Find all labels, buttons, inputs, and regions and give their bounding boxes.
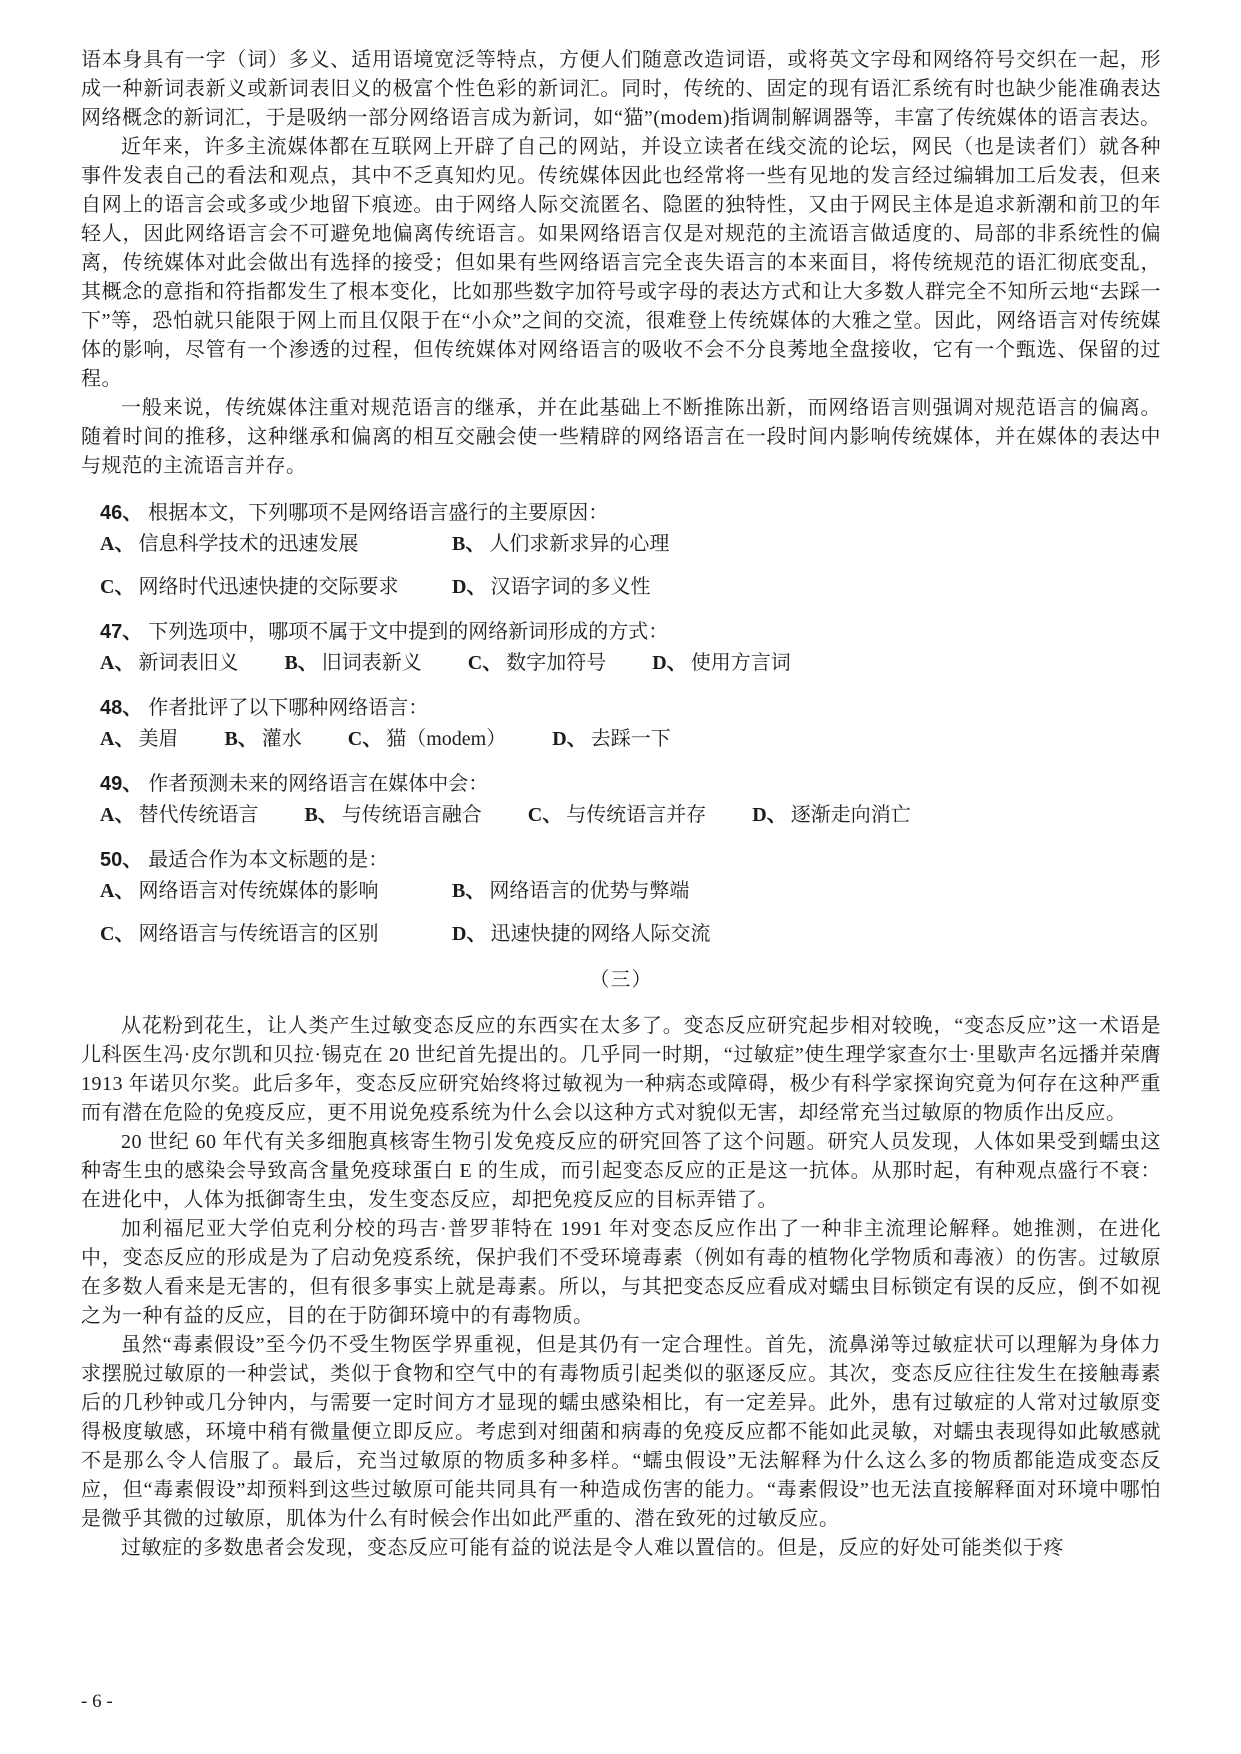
option-text: 旧词表新义 [322, 652, 422, 674]
option-label: A、 [100, 804, 134, 826]
option-label: D、 [552, 728, 586, 750]
passage-network-language: 语本身具有一字（词）多义、适用语境宽泛等特点，方便人们随意改造词语，或将英文字母… [81, 46, 1161, 481]
option-label: B、 [452, 880, 485, 902]
question-stem-text: 最适合作为本文标题的是： [148, 849, 388, 871]
option-label: C、 [528, 804, 562, 826]
document-page: 语本身具有一字（词）多义、适用语境宽泛等特点，方便人们随意改造词语，或将英文字母… [0, 0, 1241, 1754]
option-text: 信息科学技术的迅速发展 [138, 533, 358, 555]
option-label: A、 [100, 533, 134, 555]
passage-paragraph: 过敏症的多数患者会发现，变态反应可能有益的说法是令人难以置信的。但是，反应的好处… [81, 1534, 1161, 1563]
passage-paragraph: 近年来，许多主流媒体都在互联网上开辟了自己的网站，并设立读者在线交流的论坛，网民… [81, 133, 1161, 394]
question-stem: 48、作者批评了以下哪种网络语言： [100, 694, 1161, 723]
passage-paragraph: 一般来说，传统媒体注重对规范语言的继承，并在此基础上不断推陈出新，而网络语言则强… [81, 394, 1161, 481]
passage-paragraph: 虽然“毒素假设”至今仍不受生物医学界重视，但是其仍有一定合理性。首先，流鼻涕等过… [81, 1331, 1161, 1534]
question-stem-text: 根据本文，下列哪项不是网络语言盛行的主要原因： [148, 502, 608, 524]
option-b: B、网络语言的优势与弊端 [452, 877, 689, 906]
option-a: A、信息科学技术的迅速发展 [100, 530, 452, 559]
option-d: D、汉语字词的多义性 [452, 573, 650, 602]
options-row: A、网络语言对传统媒体的影响 B、网络语言的优势与弊端 [100, 877, 1161, 906]
option-b: B、与传统语言融合 [304, 801, 481, 830]
question-number: 49、 [100, 773, 142, 795]
option-c: C、网络时代迅速快捷的交际要求 [100, 573, 452, 602]
question-50: 50、最适合作为本文标题的是： A、网络语言对传统媒体的影响 B、网络语言的优势… [100, 846, 1161, 949]
option-d: D、迅速快捷的网络人际交流 [452, 920, 710, 949]
option-a: A、网络语言对传统媒体的影响 [100, 877, 452, 906]
question-number: 48、 [100, 697, 142, 719]
passage-paragraph: 从花粉到花生，让人类产生过敏变态反应的东西实在太多了。变态反应研究起步相对较晚，… [81, 1012, 1161, 1128]
option-text: 与传统语言融合 [342, 804, 482, 826]
options-row: A、美眉 B、灌水 C、猫（modem） D、去踩一下 [100, 725, 1161, 754]
option-label: A、 [100, 728, 134, 750]
passage-paragraph: 加利福尼亚大学伯克利分校的玛吉·普罗菲特在 1991 年对变态反应作出了一种非主… [81, 1215, 1161, 1331]
option-a: A、新词表旧义 [100, 649, 238, 678]
option-text: 美眉 [138, 728, 178, 750]
passage-paragraph: 20 世纪 60 年代有关多细胞真核寄生物引发免疫反应的研究回答了这个问题。研究… [81, 1128, 1161, 1215]
passage-allergy: 从花粉到花生，让人类产生过敏变态反应的东西实在太多了。变态反应研究起步相对较晚，… [81, 1012, 1161, 1563]
option-c: C、数字加符号 [468, 649, 606, 678]
question-number: 47、 [100, 621, 142, 643]
option-c: C、与传统语言并存 [528, 801, 706, 830]
option-text: 使用方言词 [691, 652, 791, 674]
option-label: C、 [468, 652, 502, 674]
option-label: A、 [100, 652, 134, 674]
option-b: B、灌水 [224, 725, 301, 754]
option-a: A、替代传统语言 [100, 801, 258, 830]
question-stem-text: 下列选项中，哪项不属于文中提到的网络新词形成的方式： [148, 621, 668, 643]
question-48: 48、作者批评了以下哪种网络语言： A、美眉 B、灌水 C、猫（modem） D… [100, 694, 1161, 754]
section-three-heading: （三） [81, 966, 1161, 995]
question-49: 49、作者预测未来的网络语言在媒体中会： A、替代传统语言 B、与传统语言融合 … [100, 770, 1161, 830]
question-47: 47、下列选项中，哪项不属于文中提到的网络新词形成的方式： A、新词表旧义 B、… [100, 618, 1161, 678]
option-text: 网络时代迅速快捷的交际要求 [138, 576, 398, 598]
option-label: C、 [100, 576, 134, 598]
options-row: C、网络语言与传统语言的区别 D、迅速快捷的网络人际交流 [100, 920, 1161, 949]
options-row: C、网络时代迅速快捷的交际要求 D、汉语字词的多义性 [100, 573, 1161, 602]
option-text: 网络语言对传统媒体的影响 [138, 880, 378, 902]
option-text: 灌水 [262, 728, 302, 750]
question-46: 46、根据本文，下列哪项不是网络语言盛行的主要原因： A、信息科学技术的迅速发展… [100, 499, 1161, 602]
option-c: C、猫（modem） [348, 725, 506, 754]
option-label: B、 [224, 728, 257, 750]
option-text: 猫（modem） [386, 728, 506, 750]
page-number: - 6 - [81, 1687, 113, 1716]
passage-paragraph: 语本身具有一字（词）多义、适用语境宽泛等特点，方便人们随意改造词语，或将英文字母… [81, 46, 1161, 133]
option-text: 迅速快捷的网络人际交流 [490, 923, 710, 945]
option-d: D、逐渐走向消亡 [752, 801, 910, 830]
option-label: B、 [284, 652, 317, 674]
question-stem-text: 作者批评了以下哪种网络语言： [148, 697, 428, 719]
option-label: C、 [348, 728, 382, 750]
option-text: 汉语字词的多义性 [490, 576, 650, 598]
option-text: 网络语言的优势与弊端 [489, 880, 689, 902]
option-label: C、 [100, 923, 134, 945]
question-stem-text: 作者预测未来的网络语言在媒体中会： [148, 773, 488, 795]
option-d: D、去踩一下 [552, 725, 670, 754]
options-row: A、信息科学技术的迅速发展 B、人们求新求异的心理 [100, 530, 1161, 559]
option-label: D、 [652, 652, 686, 674]
option-text: 人们求新求异的心理 [489, 533, 669, 555]
option-label: D、 [452, 923, 486, 945]
option-text: 与传统语言并存 [566, 804, 706, 826]
option-b: B、旧词表新义 [284, 649, 421, 678]
question-stem: 50、最适合作为本文标题的是： [100, 846, 1161, 875]
option-label: B、 [304, 804, 337, 826]
option-a: A、美眉 [100, 725, 178, 754]
option-c: C、网络语言与传统语言的区别 [100, 920, 452, 949]
option-text: 替代传统语言 [138, 804, 258, 826]
question-number: 46、 [100, 502, 142, 524]
option-text: 逐渐走向消亡 [791, 804, 911, 826]
question-stem: 46、根据本文，下列哪项不是网络语言盛行的主要原因： [100, 499, 1161, 528]
option-label: A、 [100, 880, 134, 902]
options-row: A、新词表旧义 B、旧词表新义 C、数字加符号 D、使用方言词 [100, 649, 1161, 678]
question-list: 46、根据本文，下列哪项不是网络语言盛行的主要原因： A、信息科学技术的迅速发展… [81, 499, 1161, 949]
question-stem: 47、下列选项中，哪项不属于文中提到的网络新词形成的方式： [100, 618, 1161, 647]
option-text: 新词表旧义 [138, 652, 238, 674]
option-label: D、 [752, 804, 786, 826]
option-text: 去踩一下 [591, 728, 671, 750]
option-text: 网络语言与传统语言的区别 [138, 923, 378, 945]
option-label: D、 [452, 576, 486, 598]
option-text: 数字加符号 [506, 652, 606, 674]
option-label: B、 [452, 533, 485, 555]
option-d: D、使用方言词 [652, 649, 790, 678]
question-number: 50、 [100, 849, 142, 871]
options-row: A、替代传统语言 B、与传统语言融合 C、与传统语言并存 D、逐渐走向消亡 [100, 801, 1161, 830]
question-stem: 49、作者预测未来的网络语言在媒体中会： [100, 770, 1161, 799]
option-b: B、人们求新求异的心理 [452, 530, 669, 559]
